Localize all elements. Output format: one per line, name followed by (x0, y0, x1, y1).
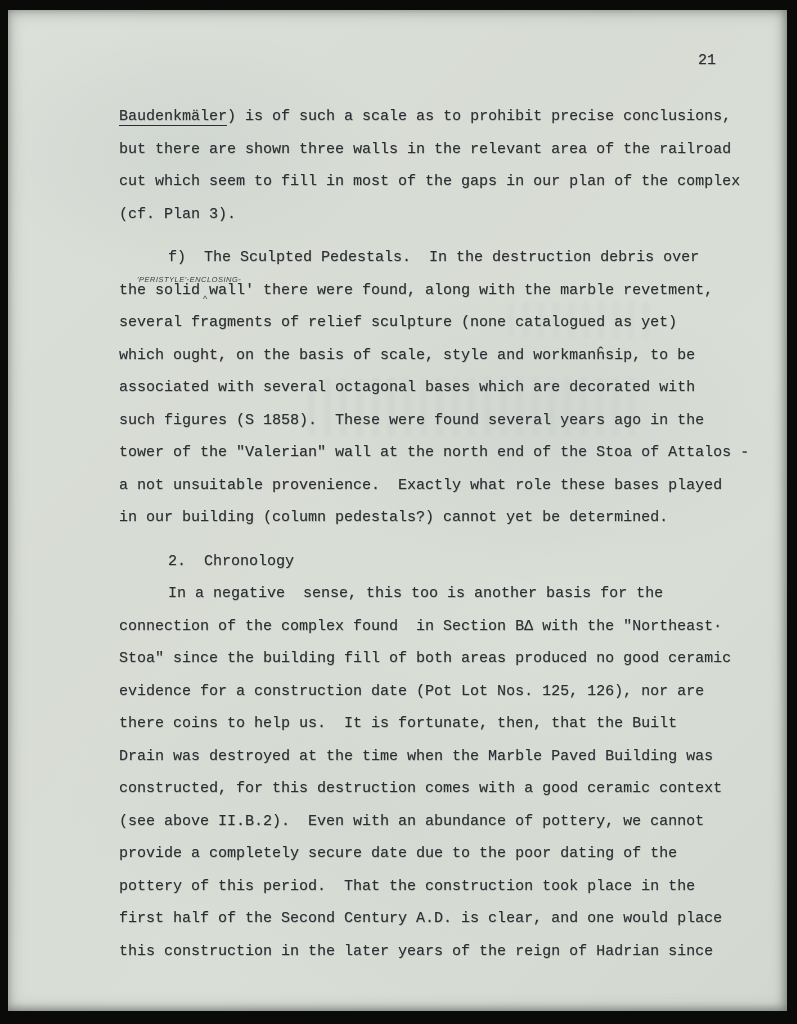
typed-line: provide a completely secure date due to … (119, 838, 779, 871)
typed-line: there coins to help us. It is fortunate,… (119, 708, 779, 741)
typed-line: first half of the Second Century A.D. is… (119, 903, 779, 936)
typed-line: a not unsuitable provenience. Exactly wh… (119, 470, 779, 503)
typed-line: (see above II.B.2). Even with an abundan… (119, 806, 779, 839)
typed-line: (cf. Plan 3). (119, 199, 779, 232)
handwritten-annotation: 'PERISTYLE'-ENCLOSING- (137, 275, 241, 285)
typed-line: 2. Chronology (119, 546, 779, 579)
page-number: 21 (698, 52, 716, 69)
underlined-word: Baudenkmäler (119, 108, 227, 126)
typed-line: connection of the complex found in Secti… (119, 611, 779, 644)
typed-line: associated with several octagonal bases … (119, 372, 779, 405)
typed-line: In a negative sense, this too is another… (119, 578, 779, 611)
typed-line: this construction in the later years of … (119, 936, 779, 969)
typed-line: which ought, on the basis of scale, styl… (119, 340, 779, 373)
typed-line: evidence for a construction date (Pot Lo… (119, 676, 779, 709)
typed-line: Baudenkmäler) is of such a scale as to p… (119, 101, 779, 134)
typed-line: cut which seem to fill in most of the ga… (119, 166, 779, 199)
typed-line: such figures (S 1858). These were found … (119, 405, 779, 438)
typed-line: the solid wall' there were found, along … (119, 275, 779, 308)
insertion-caret: ^ (203, 295, 207, 304)
typed-line: Drain was destroyed at the time when the… (119, 741, 779, 774)
scan-background: { "colors": { "background": "#0a0a09", "… (0, 0, 797, 1024)
typed-line: tower of the "Valerian" wall at the nort… (119, 437, 779, 470)
typed-text-block: Baudenkmäler) is of such a scale as to p… (119, 101, 779, 968)
typed-line: pottery of this period. That the constru… (119, 871, 779, 904)
typed-line: Stoa" since the building fill of both ar… (119, 643, 779, 676)
typed-line: f) The Sculpted Pedestals. In the destru… (119, 242, 779, 275)
typed-line: several fragments of relief sculpture (n… (119, 307, 779, 340)
typed-line: but there are shown three walls in the r… (119, 134, 779, 167)
typed-line: in our building (column pedestals?) cann… (119, 502, 779, 535)
document-page: 21 Baudenkmäler) is of such a scale as t… (8, 10, 787, 1011)
typed-line: constructed, for this destruction comes … (119, 773, 779, 806)
